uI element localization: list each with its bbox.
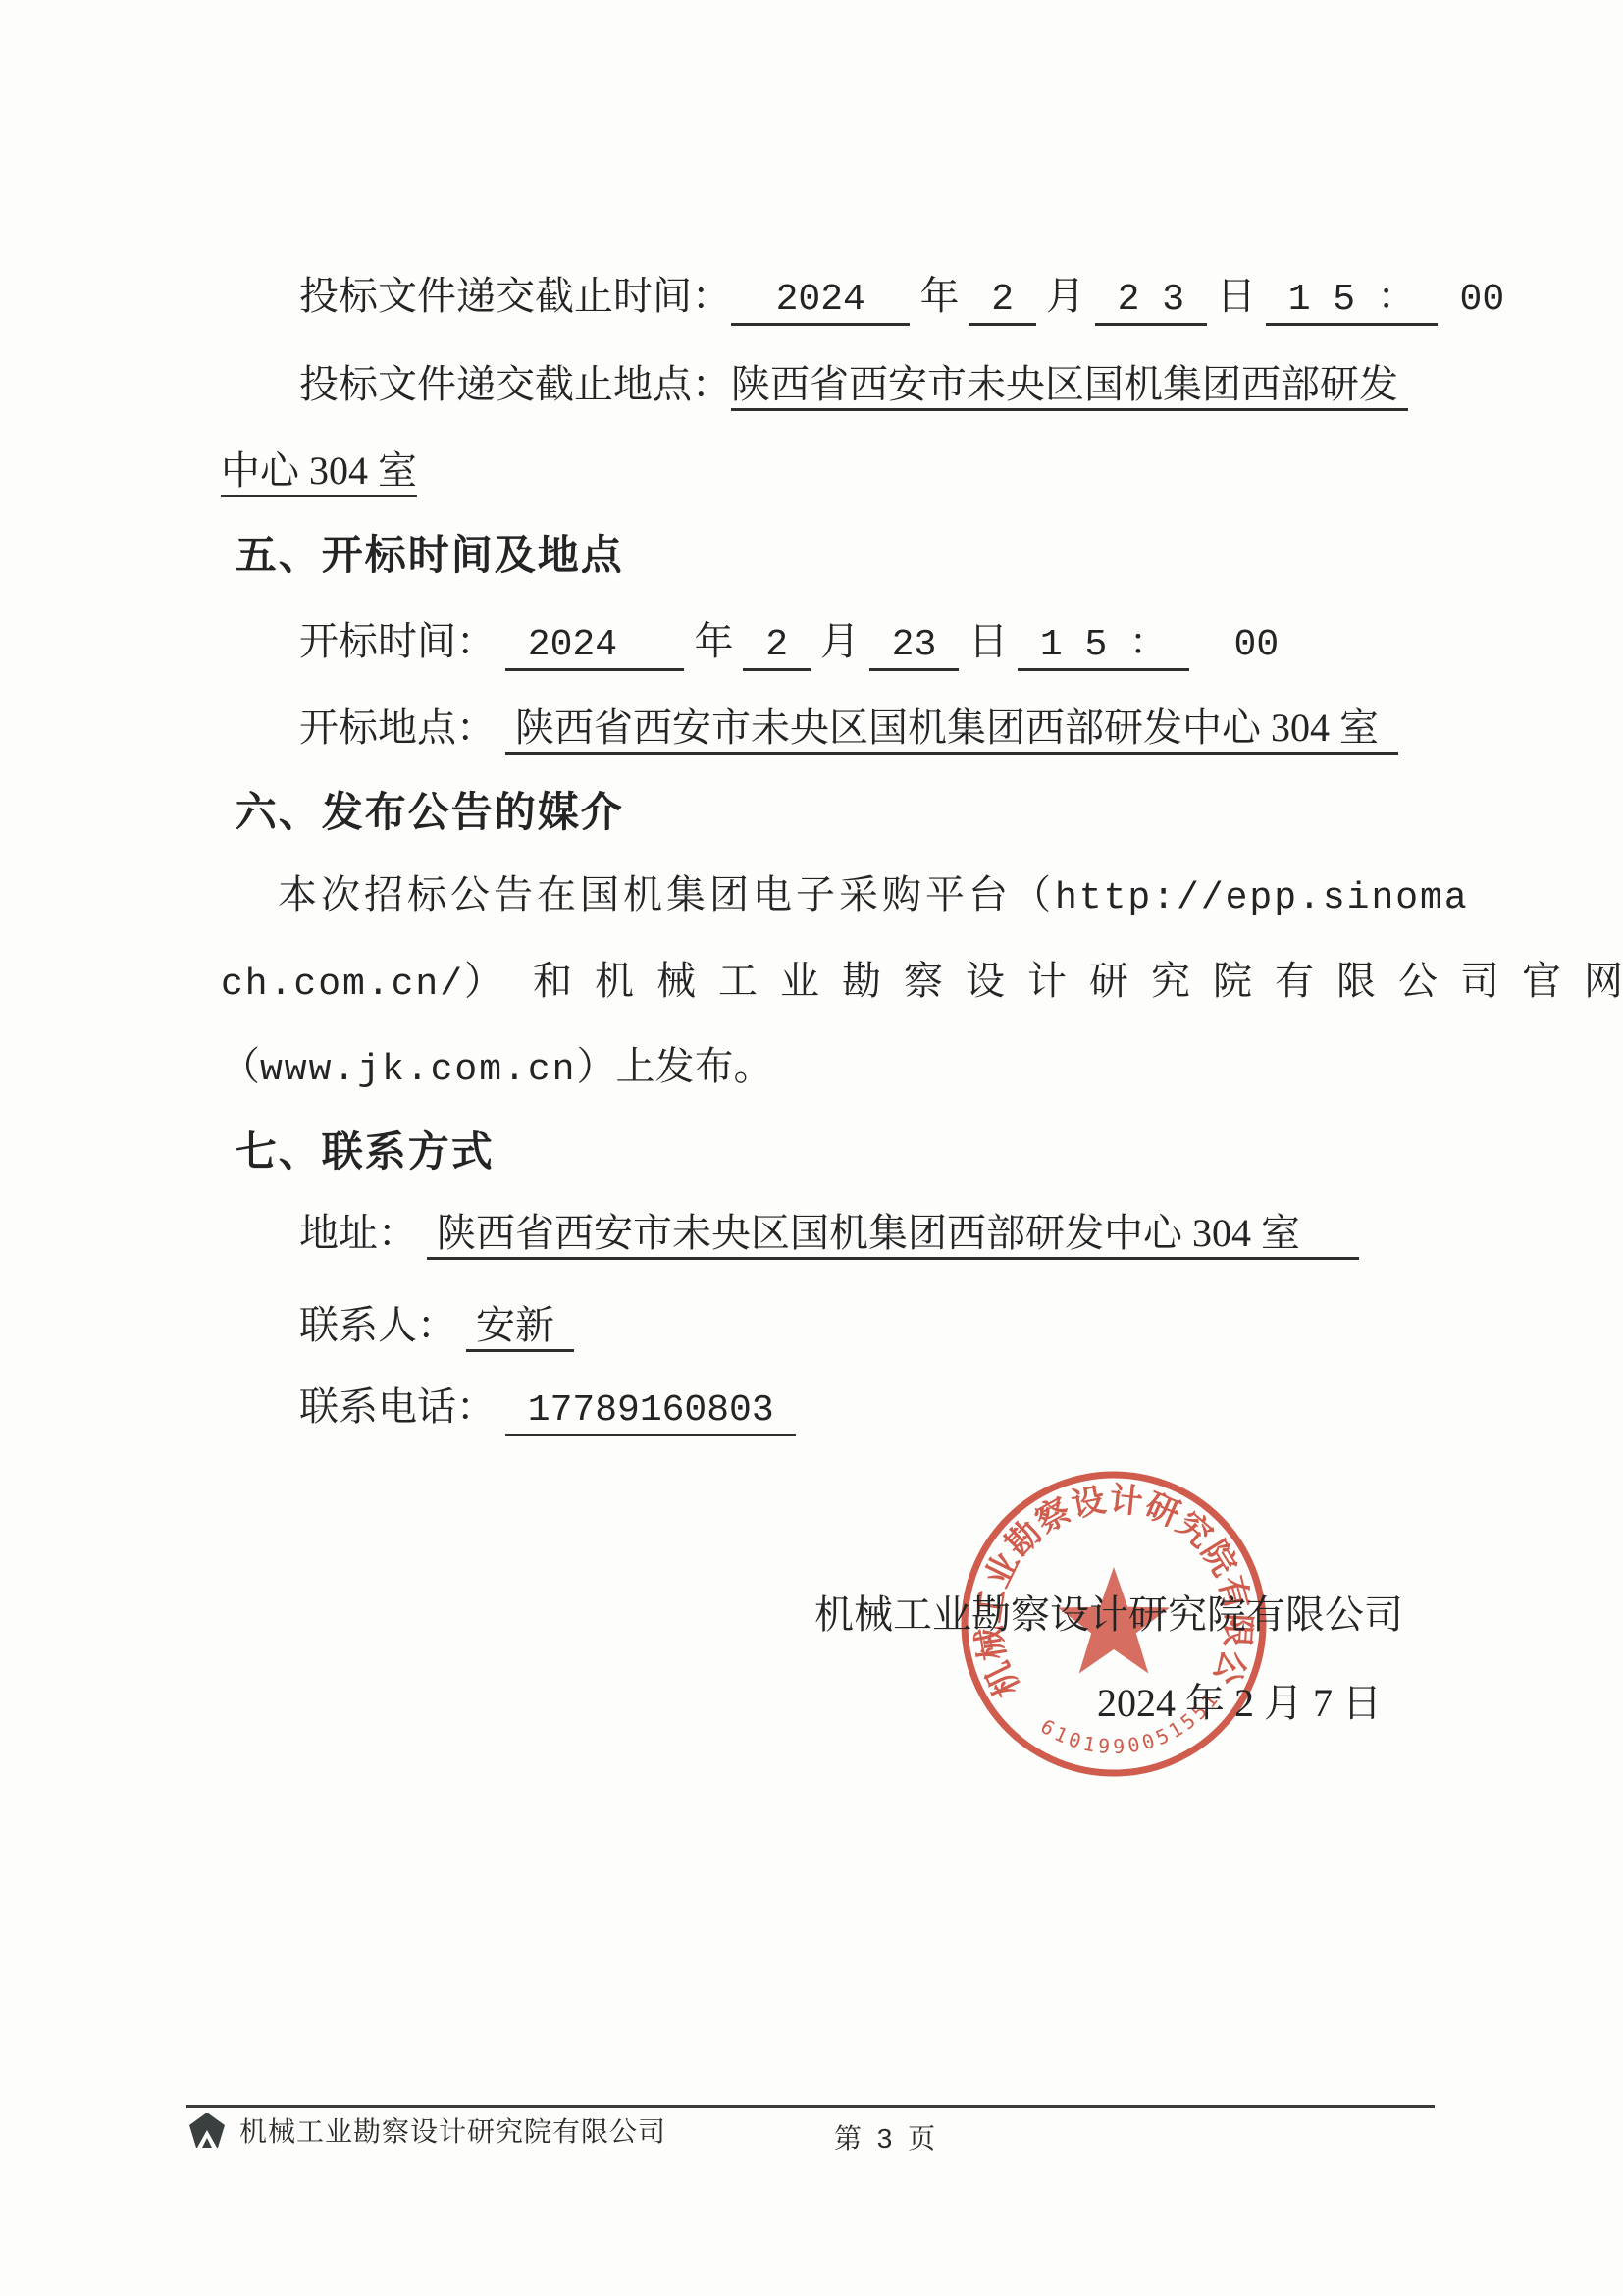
bid-submit-deadline-place-line: 投标文件递交截止地点：陕西省西安市未央区国机集团西部研发	[260, 314, 1408, 455]
open-place-value: 陕西省西安市未央区国机集团西部研发中心 304 室	[505, 705, 1398, 755]
month-unit: 月	[1036, 274, 1095, 318]
year-unit: 年	[910, 274, 969, 318]
publish-text: ）上发布。	[576, 1044, 772, 1088]
bid-submit-deadline-time-label: 投标文件递交截止时间：	[299, 274, 731, 318]
seal-company-name: 机械工业勘察设计研究院有限公司	[937, 1447, 1257, 1702]
signature-date: 2024 年 2 月 7 日	[1097, 1680, 1382, 1727]
address-value: 陕西省西安市未央区国机集团西部研发中心 304 室	[427, 1211, 1359, 1260]
footer-divider	[186, 2105, 1435, 2108]
deadline-minute-value: 00	[1438, 279, 1504, 321]
signature-company-name: 机械工业勘察设计研究院有限公司	[814, 1592, 1403, 1639]
document-page: 投标文件递交截止时间： 2024 年 2 月 2 3 日 1 5 ： 00 投标…	[0, 0, 1623, 2296]
company-logo-icon	[186, 2110, 228, 2151]
footer-page-number: 第 3 页	[834, 2117, 939, 2157]
footer-company-name: 机械工业勘察设计研究院有限公司	[239, 2111, 666, 2150]
footer: 机械工业勘察设计研究院有限公司	[186, 2110, 666, 2151]
contact-phone-label: 联系电话：	[299, 1384, 505, 1429]
address-label: 地址：	[299, 1211, 427, 1255]
deadline-place-value-part1: 陕西省西安市未央区国机集团西部研发	[731, 362, 1408, 411]
contact-phone-line: 联系电话： 17789160803	[260, 1336, 796, 1482]
contact-phone-value: 17789160803	[505, 1389, 796, 1436]
day-unit: 日	[1207, 274, 1266, 318]
seal-ring-text: 机械工业勘察设计研究院有限公司	[937, 1447, 1257, 1702]
